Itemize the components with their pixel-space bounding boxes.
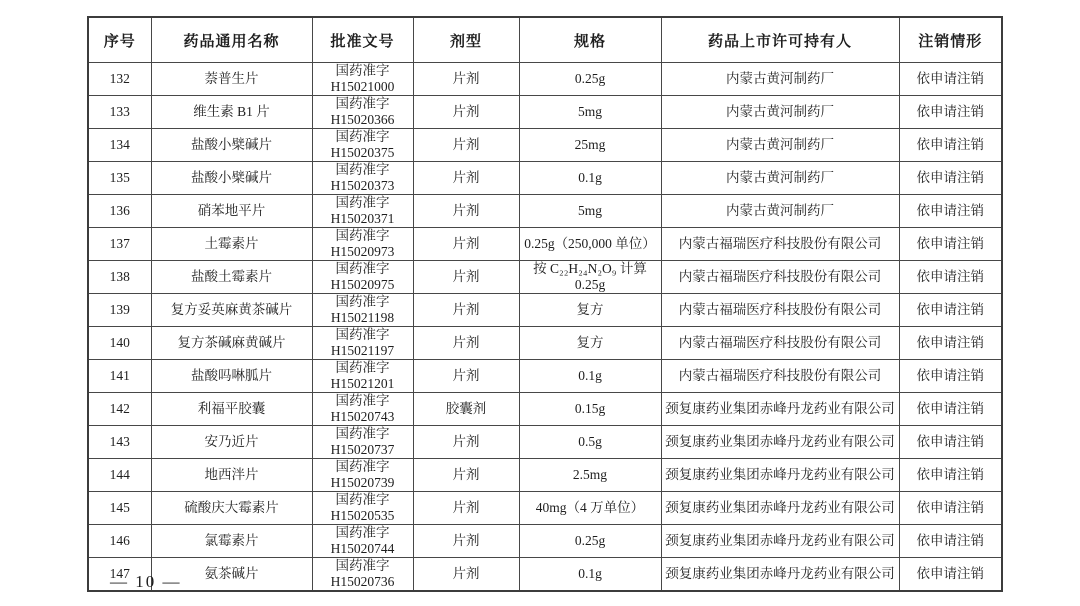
approval-number-cell: 国药准字 H15021197 (312, 327, 413, 360)
holder-cell: 内蒙古福瑞医疗科技股份有限公司 (661, 228, 899, 261)
holder-cell: 内蒙古福瑞医疗科技股份有限公司 (661, 360, 899, 393)
col-header-approval: 批准文号 (312, 17, 413, 63)
spec-cell: 0.1g (519, 558, 661, 592)
spec-cell: 复方 (519, 327, 661, 360)
holder-cell: 内蒙古福瑞医疗科技股份有限公司 (661, 294, 899, 327)
seq-cell: 134 (88, 129, 151, 162)
dosage-form-cell: 片剂 (413, 294, 519, 327)
spec-cell: 2.5mg (519, 459, 661, 492)
dosage-form-cell: 胶囊剂 (413, 393, 519, 426)
status-cell: 依申请注销 (899, 96, 1002, 129)
status-cell: 依申请注销 (899, 63, 1002, 96)
status-cell: 依申请注销 (899, 492, 1002, 525)
dosage-form-cell: 片剂 (413, 162, 519, 195)
approval-number-cell: 国药准字 H15020371 (312, 195, 413, 228)
status-cell: 依申请注销 (899, 228, 1002, 261)
page-number: — 10 — (110, 572, 182, 592)
table-row: 134盐酸小檗碱片国药准字 H15020375片剂25mg内蒙古黄河制药厂依申请… (88, 129, 1002, 162)
spec-cell: 40mg（4 万单位） (519, 492, 661, 525)
holder-cell: 内蒙古黄河制药厂 (661, 195, 899, 228)
holder-cell: 内蒙古黄河制药厂 (661, 129, 899, 162)
col-header-drug-name: 药品通用名称 (151, 17, 312, 63)
status-cell: 依申请注销 (899, 393, 1002, 426)
table-row: 141盐酸吗啉胍片国药准字 H15021201片剂0.1g内蒙古福瑞医疗科技股份… (88, 360, 1002, 393)
spec-cell: 5mg (519, 195, 661, 228)
col-header-dosage-form: 剂型 (413, 17, 519, 63)
table-row: 146氯霉素片国药准字 H15020744片剂0.25g颈复康药业集团赤峰丹龙药… (88, 525, 1002, 558)
approval-number-cell: 国药准字 H15021201 (312, 360, 413, 393)
table-row: 132萘普生片国药准字 H15021000片剂0.25g内蒙古黄河制药厂依申请注… (88, 63, 1002, 96)
dosage-form-cell: 片剂 (413, 228, 519, 261)
status-cell: 依申请注销 (899, 294, 1002, 327)
status-cell: 依申请注销 (899, 195, 1002, 228)
table-row: 138盐酸土霉素片国药准字 H15020975片剂按 C₂₂H₂₄N₂O₉ 计算… (88, 261, 1002, 294)
spec-cell: 0.1g (519, 360, 661, 393)
table-row: 142利福平胶囊国药准字 H15020743胶囊剂0.15g颈复康药业集团赤峰丹… (88, 393, 1002, 426)
dosage-form-cell: 片剂 (413, 327, 519, 360)
holder-cell: 内蒙古福瑞医疗科技股份有限公司 (661, 327, 899, 360)
spec-cell: 0.5g (519, 426, 661, 459)
holder-cell: 颈复康药业集团赤峰丹龙药业有限公司 (661, 393, 899, 426)
col-header-spec: 规格 (519, 17, 661, 63)
holder-cell: 内蒙古黄河制药厂 (661, 162, 899, 195)
seq-cell: 143 (88, 426, 151, 459)
spec-cell: 0.1g (519, 162, 661, 195)
drug-name-cell: 硫酸庆大霉素片 (151, 492, 312, 525)
drug-deregistration-table: 序号 药品通用名称 批准文号 剂型 规格 药品上市许可持有人 注销情形 132萘… (87, 16, 1003, 592)
table-row: 145硫酸庆大霉素片国药准字 H15020535片剂40mg（4 万单位）颈复康… (88, 492, 1002, 525)
seq-cell: 142 (88, 393, 151, 426)
dosage-form-cell: 片剂 (413, 129, 519, 162)
holder-cell: 颈复康药业集团赤峰丹龙药业有限公司 (661, 525, 899, 558)
drug-name-cell: 盐酸吗啉胍片 (151, 360, 312, 393)
status-cell: 依申请注销 (899, 360, 1002, 393)
holder-cell: 颈复康药业集团赤峰丹龙药业有限公司 (661, 558, 899, 592)
spec-cell: 0.25g（250,000 单位） (519, 228, 661, 261)
table-row: 139复方妥英麻黄茶碱片国药准字 H15021198片剂复方内蒙古福瑞医疗科技股… (88, 294, 1002, 327)
dosage-form-cell: 片剂 (413, 96, 519, 129)
seq-cell: 146 (88, 525, 151, 558)
seq-cell: 136 (88, 195, 151, 228)
dosage-form-cell: 片剂 (413, 492, 519, 525)
drug-name-cell: 硝苯地平片 (151, 195, 312, 228)
col-header-status: 注销情形 (899, 17, 1002, 63)
approval-number-cell: 国药准字 H15020535 (312, 492, 413, 525)
seq-cell: 132 (88, 63, 151, 96)
col-header-holder: 药品上市许可持有人 (661, 17, 899, 63)
seq-cell: 138 (88, 261, 151, 294)
seq-cell: 135 (88, 162, 151, 195)
status-cell: 依申请注销 (899, 525, 1002, 558)
approval-number-cell: 国药准字 H15020744 (312, 525, 413, 558)
seq-cell: 133 (88, 96, 151, 129)
table-row: 147氨茶碱片国药准字 H15020736片剂0.1g颈复康药业集团赤峰丹龙药业… (88, 558, 1002, 592)
seq-cell: 140 (88, 327, 151, 360)
holder-cell: 颈复康药业集团赤峰丹龙药业有限公司 (661, 426, 899, 459)
drug-name-cell: 利福平胶囊 (151, 393, 312, 426)
status-cell: 依申请注销 (899, 327, 1002, 360)
spec-cell: 0.25g (519, 525, 661, 558)
drug-name-cell: 复方妥英麻黄茶碱片 (151, 294, 312, 327)
status-cell: 依申请注销 (899, 261, 1002, 294)
spec-cell: 按 C₂₂H₂₄N₂O₉ 计算 0.25g (519, 261, 661, 294)
status-cell: 依申请注销 (899, 426, 1002, 459)
status-cell: 依申请注销 (899, 459, 1002, 492)
document-page: 序号 药品通用名称 批准文号 剂型 规格 药品上市许可持有人 注销情形 132萘… (0, 0, 1080, 606)
drug-name-cell: 复方茶碱麻黄碱片 (151, 327, 312, 360)
holder-cell: 颈复康药业集团赤峰丹龙药业有限公司 (661, 492, 899, 525)
seq-cell: 137 (88, 228, 151, 261)
drug-name-cell: 盐酸土霉素片 (151, 261, 312, 294)
table-row: 144地西泮片国药准字 H15020739片剂2.5mg颈复康药业集团赤峰丹龙药… (88, 459, 1002, 492)
drug-name-cell: 地西泮片 (151, 459, 312, 492)
approval-number-cell: 国药准字 H15020375 (312, 129, 413, 162)
seq-cell: 141 (88, 360, 151, 393)
dosage-form-cell: 片剂 (413, 261, 519, 294)
approval-number-cell: 国药准字 H15020743 (312, 393, 413, 426)
drug-name-cell: 土霉素片 (151, 228, 312, 261)
spec-cell: 5mg (519, 96, 661, 129)
holder-cell: 颈复康药业集团赤峰丹龙药业有限公司 (661, 459, 899, 492)
approval-number-cell: 国药准字 H15020975 (312, 261, 413, 294)
seq-cell: 139 (88, 294, 151, 327)
dosage-form-cell: 片剂 (413, 525, 519, 558)
seq-cell: 144 (88, 459, 151, 492)
table-row: 137土霉素片国药准字 H15020973片剂0.25g（250,000 单位）… (88, 228, 1002, 261)
approval-number-cell: 国药准字 H15021000 (312, 63, 413, 96)
holder-cell: 内蒙古黄河制药厂 (661, 96, 899, 129)
dosage-form-cell: 片剂 (413, 459, 519, 492)
drug-name-cell: 氯霉素片 (151, 525, 312, 558)
spec-cell: 0.25g (519, 63, 661, 96)
spec-cell: 0.15g (519, 393, 661, 426)
dosage-form-cell: 片剂 (413, 558, 519, 592)
table-header-row: 序号 药品通用名称 批准文号 剂型 规格 药品上市许可持有人 注销情形 (88, 17, 1002, 63)
holder-cell: 内蒙古黄河制药厂 (661, 63, 899, 96)
holder-cell: 内蒙古福瑞医疗科技股份有限公司 (661, 261, 899, 294)
drug-name-cell: 维生素 B1 片 (151, 96, 312, 129)
dosage-form-cell: 片剂 (413, 360, 519, 393)
dosage-form-cell: 片剂 (413, 195, 519, 228)
drug-name-cell: 盐酸小檗碱片 (151, 162, 312, 195)
approval-number-cell: 国药准字 H15020739 (312, 459, 413, 492)
col-header-seq: 序号 (88, 17, 151, 63)
table-row: 133维生素 B1 片国药准字 H15020366片剂5mg内蒙古黄河制药厂依申… (88, 96, 1002, 129)
seq-cell: 145 (88, 492, 151, 525)
drug-name-cell: 盐酸小檗碱片 (151, 129, 312, 162)
dosage-form-cell: 片剂 (413, 426, 519, 459)
table-row: 143安乃近片国药准字 H15020737片剂0.5g颈复康药业集团赤峰丹龙药业… (88, 426, 1002, 459)
spec-cell: 25mg (519, 129, 661, 162)
approval-number-cell: 国药准字 H15020366 (312, 96, 413, 129)
table-row: 140复方茶碱麻黄碱片国药准字 H15021197片剂复方内蒙古福瑞医疗科技股份… (88, 327, 1002, 360)
drug-name-cell: 安乃近片 (151, 426, 312, 459)
drug-name-cell: 萘普生片 (151, 63, 312, 96)
table-row: 136硝苯地平片国药准字 H15020371片剂5mg内蒙古黄河制药厂依申请注销 (88, 195, 1002, 228)
approval-number-cell: 国药准字 H15020737 (312, 426, 413, 459)
status-cell: 依申请注销 (899, 558, 1002, 592)
dosage-form-cell: 片剂 (413, 63, 519, 96)
approval-number-cell: 国药准字 H15021198 (312, 294, 413, 327)
approval-number-cell: 国药准字 H15020373 (312, 162, 413, 195)
table-row: 135盐酸小檗碱片国药准字 H15020373片剂0.1g内蒙古黄河制药厂依申请… (88, 162, 1002, 195)
spec-cell: 复方 (519, 294, 661, 327)
status-cell: 依申请注销 (899, 162, 1002, 195)
approval-number-cell: 国药准字 H15020736 (312, 558, 413, 592)
approval-number-cell: 国药准字 H15020973 (312, 228, 413, 261)
status-cell: 依申请注销 (899, 129, 1002, 162)
